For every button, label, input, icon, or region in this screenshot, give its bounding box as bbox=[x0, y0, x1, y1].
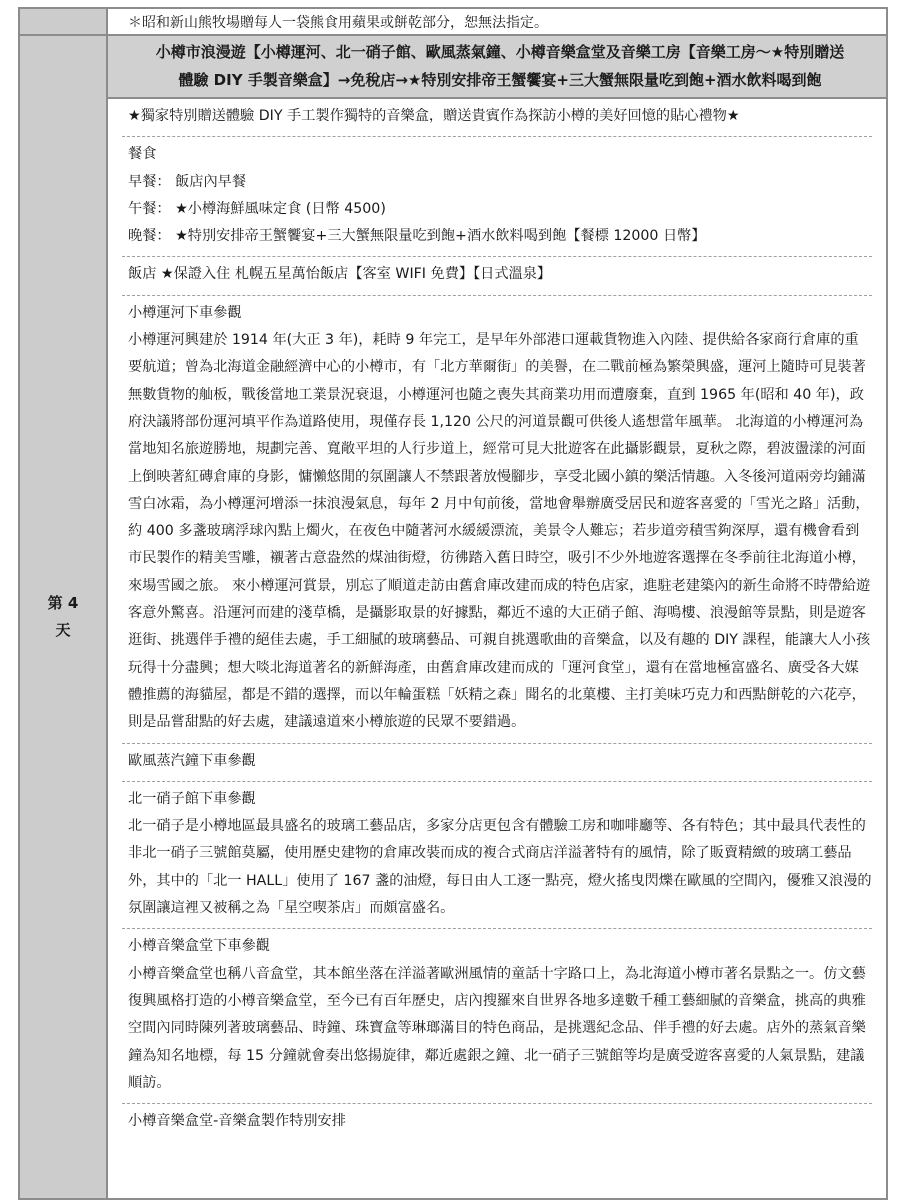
section-title: 小樽音樂盒堂下車參觀 bbox=[128, 933, 872, 960]
day-unit: 天 bbox=[55, 617, 70, 644]
day-label: 第 4 天 bbox=[20, 36, 108, 1198]
breakfast: 早餐： 飯店內早餐 bbox=[128, 169, 872, 196]
section-title: 小樽音樂盒堂-音樂盒製作特別安排 bbox=[128, 1108, 872, 1135]
gift-note: ★獨家特別贈送體驗 DIY 手工製作獨特的音樂盒，贈送貴賓作為探訪小樽的美好回憶… bbox=[122, 99, 872, 136]
day-cell-empty bbox=[20, 9, 108, 34]
section-kitaichi-glass: 北一硝子館下車參觀 北一硝子是小樽地區最具盛名的玻璃工藝品店，多家分店更包含有體… bbox=[122, 782, 872, 928]
section-steam-clock: 歐風蒸汽鐘下車參觀 bbox=[122, 744, 872, 781]
section-title: 小樽運河下車參觀 bbox=[128, 300, 872, 327]
dinner: 晚餐： ★特別安排帝王蟹饗宴+三大蟹無限量吃到飽+酒水飲料喝到飽【餐標 1200… bbox=[128, 223, 872, 250]
hotel-block: 飯店 ★保證入住 札幌五星萬怡飯店【客室 WIFI 免費】【日式溫泉】 bbox=[122, 257, 872, 294]
day-number: 第 4 bbox=[48, 590, 79, 617]
section-music-box-diy: 小樽音樂盒堂-音樂盒製作特別安排 bbox=[122, 1104, 872, 1141]
note-row: ＊昭和新山熊牧場贈每人一袋熊食用蘋果或餅乾部分，恕無法指定。 bbox=[20, 9, 886, 36]
bear-farm-note: ＊昭和新山熊牧場贈每人一袋熊食用蘋果或餅乾部分，恕無法指定。 bbox=[128, 12, 548, 32]
section-otaru-canal: 小樽運河下車參觀 小樽運河興建於 1914 年(大正 3 年)，耗時 9 年完工… bbox=[122, 296, 872, 743]
header-line-1: 小樽市浪漫遊【小樽運河、北一硝子館、歐風蒸氣鐘、小樽音樂盒堂及音樂工房【音樂工房… bbox=[122, 38, 878, 66]
itinerary-table: ＊昭和新山熊牧場贈每人一袋熊食用蘋果或餅乾部分，恕無法指定。 第 4 天 小樽市… bbox=[18, 7, 888, 1200]
section-music-box-museum: 小樽音樂盒堂下車參觀 小樽音樂盒堂也稱八音盒堂，其本館坐落在洋溢著歐洲風情的童話… bbox=[122, 929, 872, 1103]
hotel-info: 飯店 ★保證入住 札幌五星萬怡飯店【客室 WIFI 免費】【日式溫泉】 bbox=[128, 261, 872, 288]
day-content: 小樽市浪漫遊【小樽運河、北一硝子館、歐風蒸氣鐘、小樽音樂盒堂及音樂工房【音樂工房… bbox=[108, 36, 886, 1198]
day-title-header: 小樽市浪漫遊【小樽運河、北一硝子館、歐風蒸氣鐘、小樽音樂盒堂及音樂工房【音樂工房… bbox=[108, 36, 886, 99]
day-4-row: 第 4 天 小樽市浪漫遊【小樽運河、北一硝子館、歐風蒸氣鐘、小樽音樂盒堂及音樂工… bbox=[20, 36, 886, 1198]
section-title: 北一硝子館下車參觀 bbox=[128, 786, 872, 813]
lunch: 午餐： ★小樽海鮮風味定食 (日幣 4500) bbox=[128, 196, 872, 223]
section-body: 小樽音樂盒堂也稱八音盒堂，其本館坐落在洋溢著歐洲風情的童話十字路口上，為北海道小… bbox=[128, 961, 872, 1097]
meals-title: 餐食 bbox=[128, 141, 872, 168]
meals-block: 餐食 早餐： 飯店內早餐 午餐： ★小樽海鮮風味定食 (日幣 4500) 晚餐：… bbox=[122, 137, 872, 256]
section-body: 小樽運河興建於 1914 年(大正 3 年)，耗時 9 年完工，是早年外部港口運… bbox=[128, 327, 872, 736]
header-line-2: 體驗 DIY 手製音樂盒】→免稅店→★特別安排帝王蟹饗宴+三大蟹無限量吃到飽+酒… bbox=[122, 66, 878, 94]
section-title: 歐風蒸汽鐘下車參觀 bbox=[128, 748, 872, 775]
section-body: 北一硝子是小樽地區最具盛名的玻璃工藝品店，多家分店更包含有體驗工房和咖啡廳等、各… bbox=[128, 813, 872, 922]
